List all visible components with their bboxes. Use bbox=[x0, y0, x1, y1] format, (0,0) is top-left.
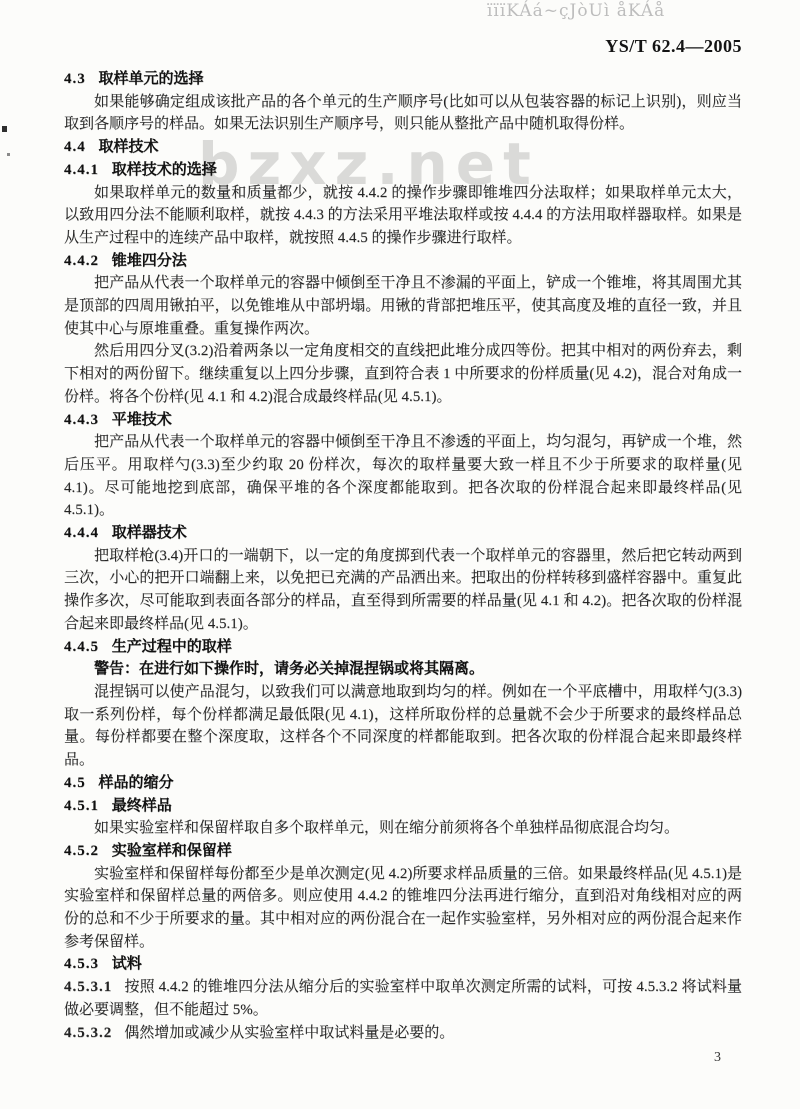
paragraph-4-5-2: 实验室样和保留样每份都至少是单次测定(见 4.2)所要求样品质量的三倍。如果最终… bbox=[64, 863, 742, 954]
paragraph-4-3: 如果能够确定组成该批产品的各个单元的生产顺序号(比如可以从包装容器的标记上识别)… bbox=[64, 91, 742, 136]
paragraph-4-4-2-a: 把产品从代表一个取样单元的容器中倾倒至干净且不渗漏的平面上，铲成一个锥堆，将其周… bbox=[64, 272, 742, 340]
section-number: 4.5 bbox=[64, 775, 86, 791]
section-title: 平堆技术 bbox=[112, 412, 172, 428]
paragraph-4-4-3: 把产品从代表一个取样单元的容器中倾倒至干净且不渗透的平面上，均匀混匀，再铲成一个… bbox=[64, 431, 742, 522]
clause-text: 偶然增加或减少从实验室样中取试料量是必要的。 bbox=[124, 1025, 454, 1041]
section-title: 锥堆四分法 bbox=[112, 253, 187, 269]
section-number: 4.4.4 bbox=[64, 525, 99, 541]
section-number: 4.4.2 bbox=[64, 253, 99, 269]
garbled-watermark-text: ïïïKÁá~çJòUì åKÁå bbox=[487, 1, 665, 21]
standard-code-running-header: YS/T 62.4—2005 bbox=[605, 36, 742, 57]
section-heading-4-5: 4.5样品的缩分 bbox=[64, 772, 742, 795]
clause-number: 4.5.3.1 bbox=[64, 979, 112, 995]
section-heading-4-3: 4.3取样单元的选择 bbox=[64, 68, 742, 91]
section-number: 4.4.3 bbox=[64, 412, 99, 428]
clause-text: 按照 4.4.2 的锥堆四分法从缩分后的实验室样中取单次测定所需的试料，可按 4… bbox=[64, 979, 742, 1018]
section-number: 4.4.5 bbox=[64, 639, 99, 655]
document-body: 4.3取样单元的选择 如果能够确定组成该批产品的各个单元的生产顺序号(比如可以从… bbox=[64, 68, 742, 1044]
section-title: 样品的缩分 bbox=[99, 775, 174, 791]
section-number: 4.5.2 bbox=[64, 843, 99, 859]
section-heading-4-4-2: 4.4.2锥堆四分法 bbox=[64, 250, 742, 273]
section-heading-4-4-4: 4.4.4取样器技术 bbox=[64, 522, 742, 545]
section-number: 4.4.1 bbox=[64, 162, 99, 178]
section-title: 试料 bbox=[112, 956, 142, 972]
paragraph-4-4-2-b: 然后用四分叉(3.2)沿着两条以一定角度相交的直线把此堆分成四等份。把其中相对的… bbox=[64, 340, 742, 408]
section-heading-4-4-3: 4.4.3平堆技术 bbox=[64, 409, 742, 432]
scan-artifact-dot bbox=[2, 126, 7, 132]
paragraph-4-5-1: 如果实验室样和保留样取自多个取样单元，则在缩分前须将各个单独样品彻底混合均匀。 bbox=[64, 817, 742, 840]
section-title: 取样单元的选择 bbox=[99, 71, 204, 87]
section-heading-4-5-3: 4.5.3试料 bbox=[64, 953, 742, 976]
clause-number: 4.5.3.2 bbox=[64, 1025, 112, 1041]
section-number: 4.3 bbox=[64, 71, 86, 87]
section-title: 生产过程中的取样 bbox=[112, 639, 232, 655]
paragraph-4-5-3-1: 4.5.3.1按照 4.4.2 的锥堆四分法从缩分后的实验室样中取单次测定所需的… bbox=[64, 976, 742, 1021]
scanned-document-page: ïïïKÁá~çJòUì åKÁå bzxz.net YS/T 62.4—200… bbox=[0, 0, 800, 1109]
section-title: 取样技术的选择 bbox=[112, 162, 217, 178]
page-number: 3 bbox=[714, 1050, 721, 1066]
section-number: 4.5.1 bbox=[64, 798, 99, 814]
section-heading-4-5-1: 4.5.1最终样品 bbox=[64, 795, 742, 818]
section-heading-4-4-5: 4.4.5生产过程中的取样 bbox=[64, 636, 742, 659]
paragraph-4-4-5: 混捏锅可以使产品混匀，以致我们可以满意地取到均匀的样。例如在一个平底槽中，用取样… bbox=[64, 681, 742, 772]
scan-artifact-dot bbox=[7, 153, 10, 156]
section-heading-4-5-2: 4.5.2实验室样和保留样 bbox=[64, 840, 742, 863]
section-title: 实验室样和保留样 bbox=[112, 843, 232, 859]
warning-notice: 警告：在进行如下操作时，请务必关掉混捏锅或将其隔离。 bbox=[64, 658, 742, 681]
section-heading-4-4-1: 4.4.1取样技术的选择 bbox=[64, 159, 742, 182]
paragraph-4-5-3-2: 4.5.3.2偶然增加或减少从实验室样中取试料量是必要的。 bbox=[64, 1022, 742, 1045]
section-number: 4.4 bbox=[64, 139, 86, 155]
section-title: 取样技术 bbox=[99, 139, 159, 155]
section-number: 4.5.3 bbox=[64, 956, 99, 972]
section-heading-4-4: 4.4取样技术 bbox=[64, 136, 742, 159]
section-title: 最终样品 bbox=[112, 798, 172, 814]
section-title: 取样器技术 bbox=[112, 525, 187, 541]
paragraph-4-4-1: 如果取样单元的数量和质量都少，就按 4.4.2 的操作步骤即锥堆四分法取样；如果… bbox=[64, 182, 742, 250]
paragraph-4-4-4: 把取样枪(3.4)开口的一端朝下，以一定的角度掷到代表一个取样单元的容器里，然后… bbox=[64, 545, 742, 636]
